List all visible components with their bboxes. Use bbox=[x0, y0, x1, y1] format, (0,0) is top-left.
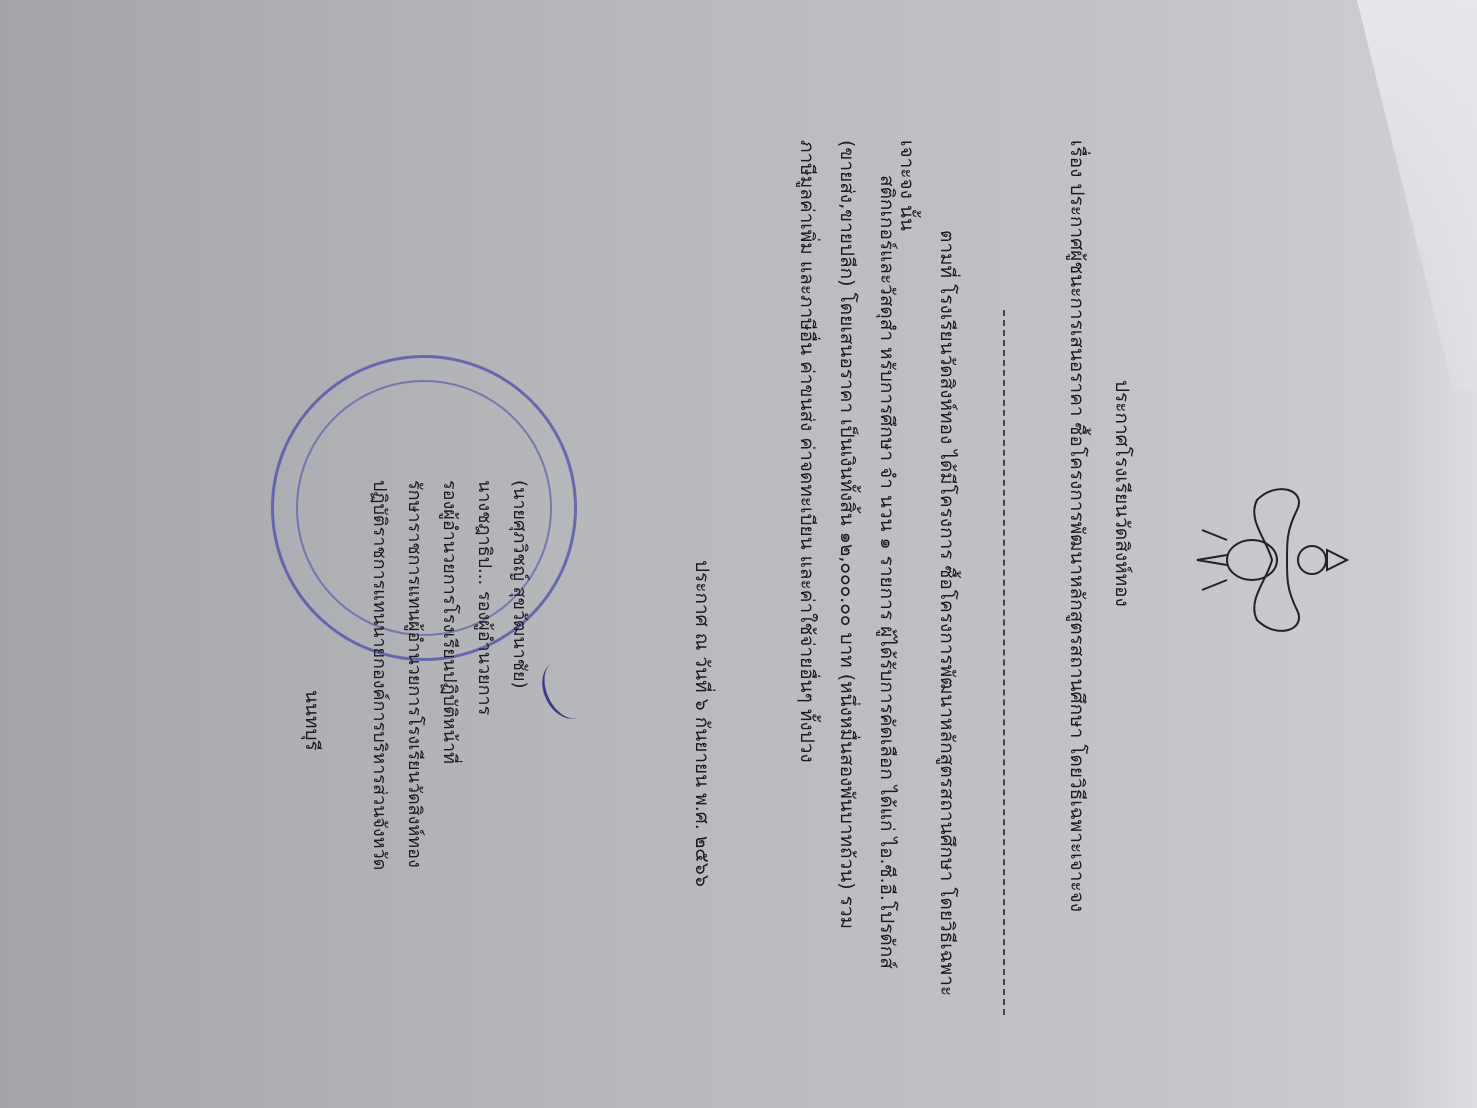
signer-line: นางชฎาธิป... รองผู้อำนวยการ bbox=[467, 480, 502, 870]
body-line: ตามที่ โรงเรียนวัดสิงห์ทอง ได้มีโครงการ … bbox=[932, 230, 962, 996]
signer-name: (นายศุภวิชญ์ สุขวัฒนาชัย) bbox=[502, 480, 537, 870]
document-title: ประกาศโรงเรียนวัดสิงห์ทอง bbox=[1107, 0, 1137, 1108]
body-line: ภาษีมูลค่าเพิ่ม และภาษีอื่น ค่าขนส่ง ค่า… bbox=[792, 140, 822, 763]
announcement-document: ประกาศโรงเรียนวัดสิงห์ทอง เรื่อง ประกาศผ… bbox=[0, 0, 1477, 1108]
body-line: (ขายส่ง,ขายปลีก) โดยเสนอราคา เป็นเงินทั้… bbox=[832, 140, 862, 929]
announcement-date: ประกาศ ณ วันที่ ๖ กันยายน พ.ศ. ๒๕๖๖ bbox=[687, 560, 717, 887]
divider bbox=[1003, 310, 1005, 1015]
signer-position: รองผู้อำนวยการโรงเรียนปฏิบัติหน้าที่ bbox=[432, 480, 467, 870]
province: นนทบุรี bbox=[297, 690, 327, 751]
body-line: สติกเกอร์และวัสดุสำ หรับการศึกษา จำ นวน … bbox=[872, 175, 902, 969]
garuda-emblem-icon bbox=[1187, 470, 1367, 650]
signer-position: ปฏิบัติราชการแทนนายกองค์การบริหารส่วนจัง… bbox=[362, 480, 397, 870]
signature-block: (นายศุภวิชญ์ สุขวัฒนาชัย) นางชฎาธิป... ร… bbox=[362, 480, 537, 870]
document-subject: เรื่อง ประกาศผู้ชนะการเสนอราคา ซื้อโครงก… bbox=[1062, 140, 1092, 912]
signature bbox=[533, 654, 597, 727]
signer-position: รักษาราชการแทนผู้อำนวยการโรงเรียนวัดสิงห… bbox=[397, 480, 432, 870]
